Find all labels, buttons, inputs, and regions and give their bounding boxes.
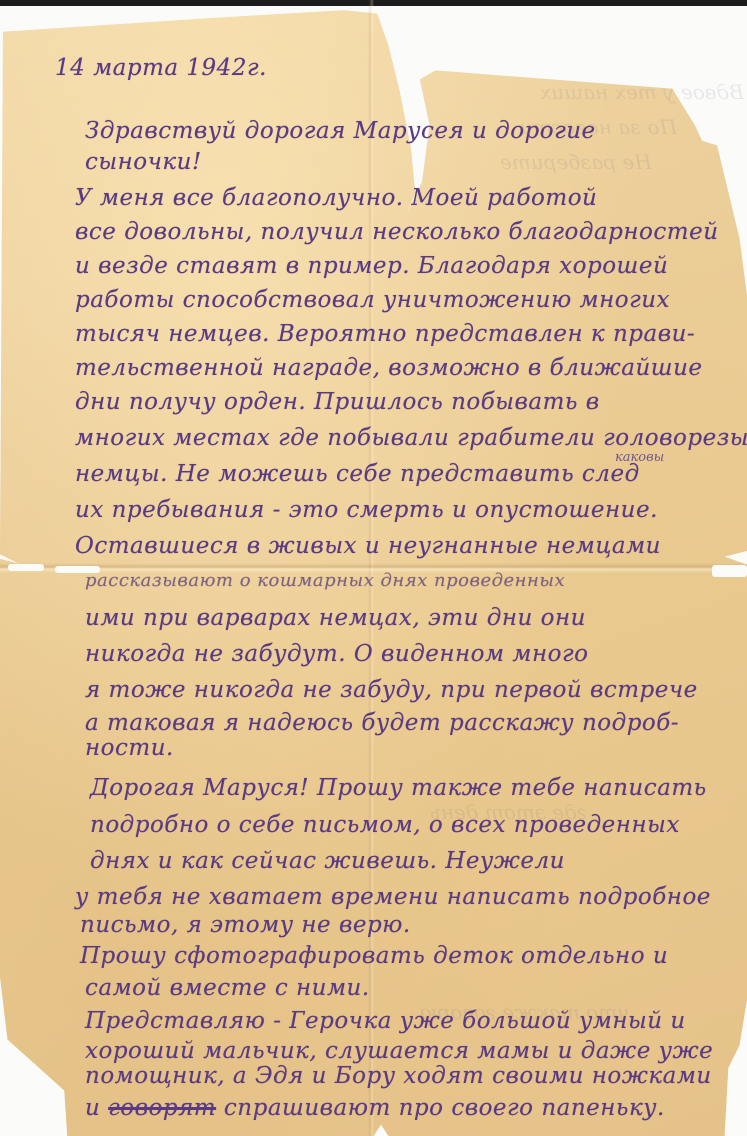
letter-line-1: Здравствуй дорогая Марусея и дорогие xyxy=(85,118,596,144)
letter-line-13: Оставшиеся в живых и неугнанные немцами xyxy=(75,533,661,559)
letter-line-21: подробно о себе письмом, о всех проведен… xyxy=(90,812,680,838)
letter-line-30-prefix: и xyxy=(85,1095,100,1121)
letter-line-18: а таковая я надеюсь будет расскажу подро… xyxy=(85,710,679,736)
letter-line-11: немцы. Не можешь себе представить след xyxy=(75,461,640,487)
letter-line-5: и везде ставят в пример. Благодаря хорош… xyxy=(75,253,668,279)
letter-line-15: ими при варварах немцах, эти дни они xyxy=(85,605,586,631)
struck-out-word: говорят xyxy=(108,1095,216,1121)
letter-line-25: Прошу сфотографировать деток отдельно и xyxy=(80,943,668,969)
letter-line-16: никогда не забудут. О виденном много xyxy=(85,641,588,667)
letter-line-30-rest: спрашивают про своего папеньку. xyxy=(224,1095,665,1121)
letter-line-29: помощник, а Эдя и Бору ходят своими ножк… xyxy=(85,1063,712,1089)
letter-line-2: сыночки! xyxy=(85,149,202,175)
letter-line-26: самой вместе с ними. xyxy=(85,975,370,1001)
letter-line-10: многих местах где побывали грабители гол… xyxy=(75,425,747,451)
letter-line-9: дни получу орден. Пришлось побывать в xyxy=(75,389,600,415)
letter-line-17: я тоже никогда не забуду, при первой вст… xyxy=(85,677,698,703)
letter-body: 14 марта 1942г. Здравствуй дорогая Марус… xyxy=(0,0,747,1136)
letter-line-19: ности. xyxy=(85,735,174,761)
letter-line-30: и говорят спрашивают про своего папеньку… xyxy=(85,1095,665,1121)
letter-line-3: У меня все благополучно. Моей работой xyxy=(75,185,597,211)
letter-date: 14 марта 1942г. xyxy=(55,55,267,81)
letter-line-7: тысяч немцев. Вероятно представлен к пра… xyxy=(75,321,695,347)
letter-line-12: их пребывания - это смерть и опустошение… xyxy=(75,497,658,523)
scanned-letter: Вдвое у тех наших По за новости Не разбе… xyxy=(0,0,747,1136)
letter-line-28: хороший мальчик, слушается мамы и даже у… xyxy=(85,1038,713,1064)
letter-line-24: письмо, я этому не верю. xyxy=(80,912,411,938)
letter-line-27: Представляю - Герочка уже большой умный … xyxy=(85,1008,686,1034)
letter-line-6: работы способствовал уничтожению многих xyxy=(75,287,670,313)
letter-line-23: у тебя не хватает времени написать подро… xyxy=(75,884,711,910)
letter-line-14: рассказывают о кошмарных днях проведенны… xyxy=(85,570,565,591)
letter-line-4: все довольны, получил несколько благодар… xyxy=(75,219,719,245)
letter-line-20: Дорогая Маруся! Прошу также тебе написат… xyxy=(90,775,707,801)
letter-line-22: днях и как сейчас живешь. Неужели xyxy=(90,848,565,874)
letter-line-8: тельственной награде, возможно в ближайш… xyxy=(75,355,703,381)
